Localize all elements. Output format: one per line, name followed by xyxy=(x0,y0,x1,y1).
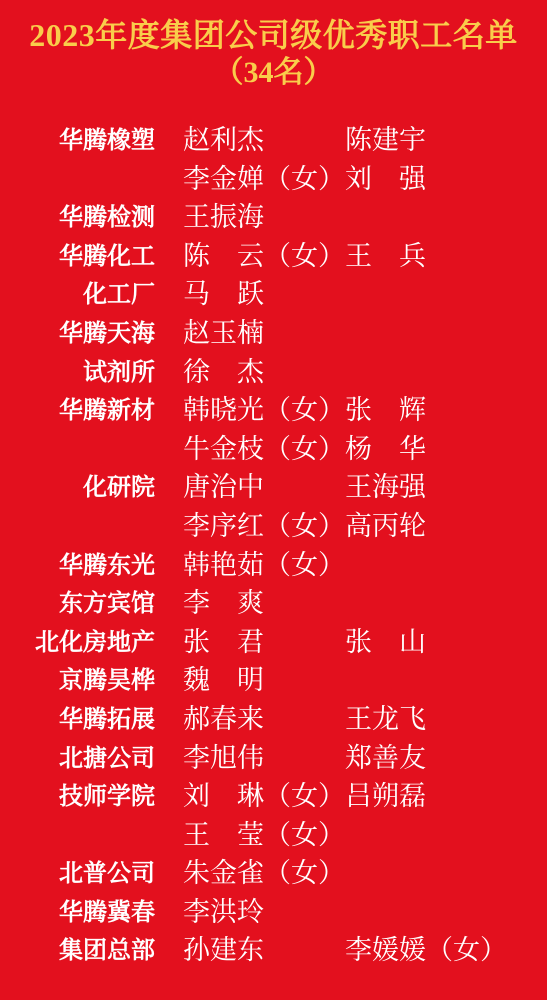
roster-row: 北普公司 朱金雀（女） xyxy=(0,851,547,890)
department-label: 试剂所 xyxy=(0,352,155,387)
employee-name-primary: 王 莹（女） xyxy=(155,813,345,852)
award-roster-poster: 2023年度集团公司级优秀职工名单 （34名） 华腾橡塑 赵利杰 陈建宇 李金婵… xyxy=(0,0,547,1000)
employee-name-primary: 李洪玲 xyxy=(155,890,345,929)
employee-name-secondary: 刘 强 xyxy=(345,157,547,196)
roster-row: 化研院 唐治中 王海强 xyxy=(0,465,547,504)
employee-name-secondary: 吕朔磊 xyxy=(345,774,547,813)
employee-name-secondary: 高丙轮 xyxy=(345,504,547,543)
roster-row: 试剂所 徐 杰 xyxy=(0,350,547,389)
employee-name-primary: 韩晓光（女） xyxy=(155,388,345,427)
roster-row: 华腾拓展 郝春来 王龙飞 xyxy=(0,697,547,736)
roster-row: 华腾天海 赵玉楠 xyxy=(0,311,547,350)
employee-name-primary: 李 爽 xyxy=(155,581,345,620)
roster-row: 技师学院 刘 琳（女） 吕朔磊 xyxy=(0,774,547,813)
employee-name-primary: 陈 云（女） xyxy=(155,234,345,273)
employee-name-primary: 李金婵（女） xyxy=(155,157,345,196)
department-label: 华腾东光 xyxy=(0,545,155,580)
department-label: 华腾冀春 xyxy=(0,892,155,927)
poster-title-line-1: 2023年度集团公司级优秀职工名单 xyxy=(0,16,547,54)
department-label: 北普公司 xyxy=(0,853,155,888)
roster-row: 李金婵（女） 刘 强 xyxy=(0,157,547,196)
employee-name-secondary: 张 山 xyxy=(345,620,547,659)
roster-row: 华腾检测 王振海 xyxy=(0,195,547,234)
department-label: 华腾检测 xyxy=(0,197,155,232)
roster-row: 王 莹（女） xyxy=(0,813,547,852)
employee-name-secondary: 张 辉 xyxy=(345,388,547,427)
department-label: 集团总部 xyxy=(0,930,155,965)
employee-name-primary: 郝春来 xyxy=(155,697,345,736)
employee-name-primary: 赵利杰 xyxy=(155,118,345,157)
employee-name-primary: 刘 琳（女） xyxy=(155,774,345,813)
department-label: 华腾拓展 xyxy=(0,699,155,734)
roster: 华腾橡塑 赵利杰 陈建宇 李金婵（女） 刘 强 华腾检测 王振海 华腾化工 陈 … xyxy=(0,118,547,967)
employee-name-secondary: 郑善友 xyxy=(345,736,547,775)
roster-row: 华腾东光 韩艳茹（女） xyxy=(0,543,547,582)
department-label: 技师学院 xyxy=(0,776,155,811)
employee-name-secondary: 陈建宇 xyxy=(345,118,547,157)
employee-name-primary: 孙建东 xyxy=(155,928,345,967)
roster-row: 李序红（女） 高丙轮 xyxy=(0,504,547,543)
poster-title: 2023年度集团公司级优秀职工名单 （34名） xyxy=(0,0,547,92)
department-label: 化研院 xyxy=(0,467,155,502)
employee-name-primary: 朱金雀（女） xyxy=(155,851,345,890)
department-label: 华腾化工 xyxy=(0,236,155,271)
poster-title-line-2: （34名） xyxy=(0,54,547,92)
roster-row: 集团总部 孙建东 李媛媛（女） xyxy=(0,928,547,967)
roster-row: 华腾橡塑 赵利杰 陈建宇 xyxy=(0,118,547,157)
roster-row: 东方宾馆 李 爽 xyxy=(0,581,547,620)
roster-row: 京腾昊桦 魏 明 xyxy=(0,658,547,697)
department-label: 北搪公司 xyxy=(0,738,155,773)
roster-row: 华腾冀春 李洪玲 xyxy=(0,890,547,929)
employee-name-primary: 李旭伟 xyxy=(155,736,345,775)
employee-name-secondary: 李媛媛（女） xyxy=(345,928,547,967)
department-label: 华腾天海 xyxy=(0,313,155,348)
department-label: 东方宾馆 xyxy=(0,583,155,618)
roster-row: 华腾新材 韩晓光（女） 张 辉 xyxy=(0,388,547,427)
employee-name-primary: 赵玉楠 xyxy=(155,311,345,350)
roster-row: 牛金枝（女） 杨 华 xyxy=(0,427,547,466)
employee-name-primary: 魏 明 xyxy=(155,658,345,697)
roster-row: 北搪公司 李旭伟 郑善友 xyxy=(0,736,547,775)
department-label: 京腾昊桦 xyxy=(0,660,155,695)
employee-name-secondary: 王海强 xyxy=(345,465,547,504)
department-label: 北化房地产 xyxy=(0,622,155,657)
roster-row: 化工厂 马 跃 xyxy=(0,272,547,311)
employee-name-primary: 唐治中 xyxy=(155,465,345,504)
employee-name-primary: 张 君 xyxy=(155,620,345,659)
department-label: 华腾橡塑 xyxy=(0,120,155,155)
employee-name-secondary: 杨 华 xyxy=(345,427,547,466)
employee-name-primary: 王振海 xyxy=(155,195,345,234)
employee-name-secondary: 王龙飞 xyxy=(345,697,547,736)
employee-name-primary: 马 跃 xyxy=(155,272,345,311)
employee-name-secondary: 王 兵 xyxy=(345,234,547,273)
employee-name-primary: 李序红（女） xyxy=(155,504,345,543)
department-label: 华腾新材 xyxy=(0,390,155,425)
employee-name-primary: 徐 杰 xyxy=(155,350,345,389)
employee-name-primary: 牛金枝（女） xyxy=(155,427,345,466)
department-label: 化工厂 xyxy=(0,274,155,309)
employee-name-primary: 韩艳茹（女） xyxy=(155,543,345,582)
roster-row: 北化房地产 张 君 张 山 xyxy=(0,620,547,659)
roster-row: 华腾化工 陈 云（女） 王 兵 xyxy=(0,234,547,273)
